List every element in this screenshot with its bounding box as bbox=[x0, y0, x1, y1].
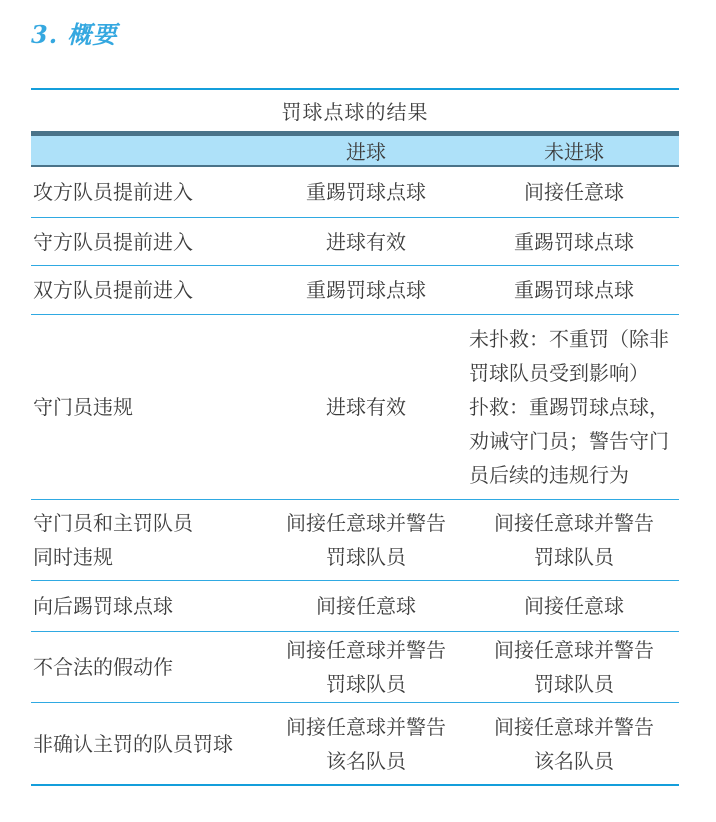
table-row: 向后踢罚球点球 间接任意球 间接任意球 bbox=[31, 581, 679, 632]
no-goal-cell: 间接任意球并警告 罚球队员 bbox=[449, 506, 679, 574]
no-goal-cell: 间接任意球 bbox=[449, 589, 679, 623]
table-title: 罚球点球的结果 bbox=[31, 88, 679, 131]
situation-cell: 非确认主罚的队员罚球 bbox=[31, 727, 283, 761]
goal-cell: 重踢罚球点球 bbox=[283, 273, 449, 307]
table-row: 守门员和主罚队员 同时违规 间接任意球并警告 罚球队员 间接任意球并警告 罚球队… bbox=[31, 500, 679, 581]
header-cell-goal: 进球 bbox=[283, 136, 449, 165]
goal-cell: 重踢罚球点球 bbox=[283, 175, 449, 209]
situation-cell: 守方队员提前进入 bbox=[31, 225, 283, 259]
situation-cell: 守门员违规 bbox=[31, 390, 283, 424]
situation-cell: 攻方队员提前进入 bbox=[31, 175, 283, 209]
header-cell-no-goal: 未进球 bbox=[449, 136, 679, 165]
goal-cell: 进球有效 bbox=[283, 225, 449, 259]
no-goal-cell: 间接任意球并警告 罚球队员 bbox=[449, 633, 679, 701]
section-heading: 3. 概要 bbox=[31, 20, 716, 50]
goal-cell: 进球有效 bbox=[283, 390, 449, 424]
situation-cell: 双方队员提前进入 bbox=[31, 273, 283, 307]
goal-cell: 间接任意球并警告 该名队员 bbox=[283, 710, 449, 778]
table-row: 攻方队员提前进入 重踢罚球点球 间接任意球 bbox=[31, 167, 679, 218]
no-goal-cell: 重踢罚球点球 bbox=[449, 225, 679, 259]
situation-cell: 守门员和主罚队员 同时违规 bbox=[31, 506, 283, 574]
no-goal-cell: 重踢罚球点球 bbox=[449, 273, 679, 307]
document-page: 3. 概要 罚球点球的结果 进球 未进球 攻方队员提前进入 重踢罚球点球 间接任… bbox=[0, 0, 716, 822]
goal-cell: 间接任意球并警告 罚球队员 bbox=[283, 633, 449, 701]
table-row: 守方队员提前进入 进球有效 重踢罚球点球 bbox=[31, 218, 679, 266]
penalty-results-table: 罚球点球的结果 进球 未进球 攻方队员提前进入 重踢罚球点球 间接任意球 守方队… bbox=[31, 88, 679, 786]
situation-cell: 向后踢罚球点球 bbox=[31, 589, 283, 623]
table-row: 双方队员提前进入 重踢罚球点球 重踢罚球点球 bbox=[31, 266, 679, 315]
table-header-row: 进球 未进球 bbox=[31, 131, 679, 167]
no-goal-cell: 间接任意球 bbox=[449, 175, 679, 209]
table-row: 不合法的假动作 间接任意球并警告 罚球队员 间接任意球并警告 罚球队员 bbox=[31, 632, 679, 703]
goal-cell: 间接任意球 bbox=[283, 589, 449, 623]
table-row: 非确认主罚的队员罚球 间接任意球并警告 该名队员 间接任意球并警告 该名队员 bbox=[31, 703, 679, 786]
table-row: 守门员违规 进球有效 未扑救：不重罚（除非 罚球队员受到影响） 扑救：重踢罚球点… bbox=[31, 315, 679, 500]
goal-cell: 间接任意球并警告 罚球队员 bbox=[283, 506, 449, 574]
situation-cell: 不合法的假动作 bbox=[31, 650, 283, 684]
no-goal-cell: 间接任意球并警告 该名队员 bbox=[449, 710, 679, 778]
no-goal-cell: 未扑救：不重罚（除非 罚球队员受到影响） 扑救：重踢罚球点球， 劝诫守门员；警告… bbox=[449, 322, 679, 492]
